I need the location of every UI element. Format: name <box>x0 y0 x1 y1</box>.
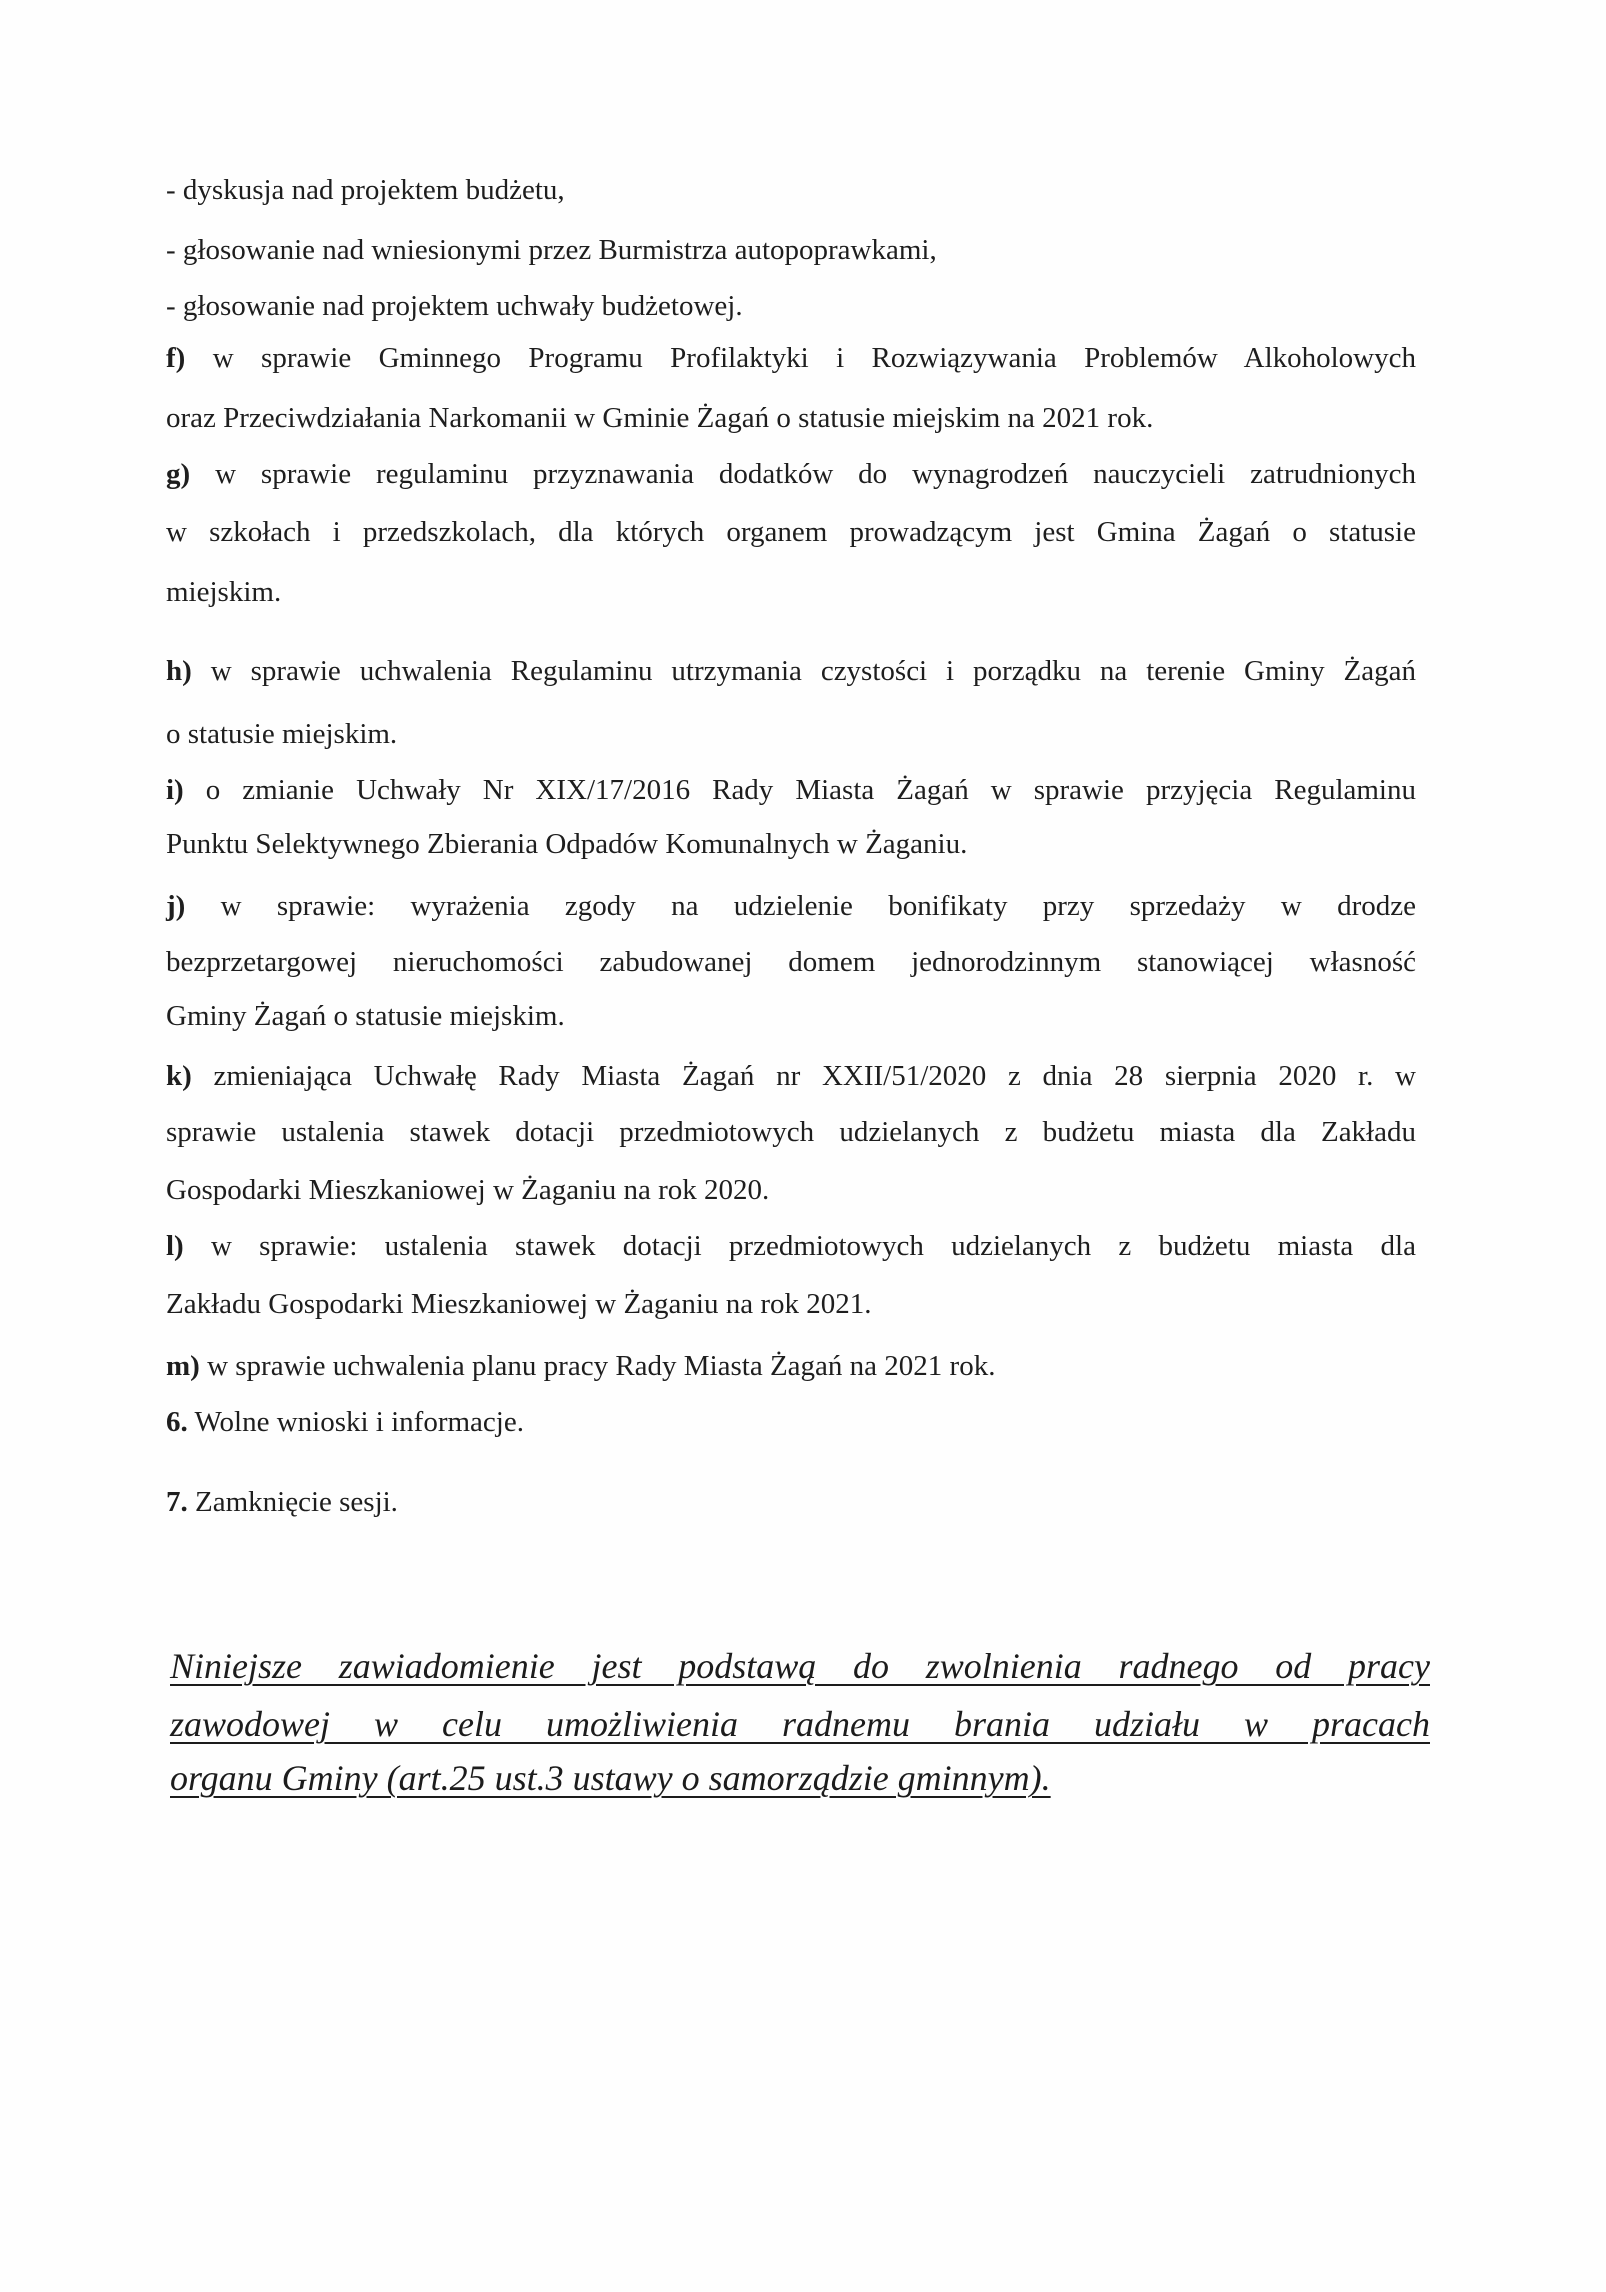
agenda-line: f) w sprawie Gminnego Programu Profilakt… <box>166 344 1416 373</box>
notice-line: Niniejsze zawiadomienie jest podstawą do… <box>170 1648 1430 1684</box>
agenda-item-text: - głosowanie nad projektem uchwały budże… <box>166 290 743 322</box>
agenda-line: w szkołach i przedszkolach, dla których … <box>166 518 1416 547</box>
agenda-item-text: w sprawie regulaminu przyznawania dodatk… <box>190 458 1416 490</box>
agenda-line: bezprzetargowej nieruchomości zabudowane… <box>166 948 1416 977</box>
agenda-line: - głosowanie nad wniesionymi przez Burmi… <box>166 236 937 265</box>
agenda-line: m) w sprawie uchwalenia planu pracy Rady… <box>166 1352 995 1381</box>
agenda-line: 6. Wolne wnioski i informacje. <box>166 1408 524 1437</box>
agenda-item-text: Wolne wnioski i informacje. <box>188 1406 524 1438</box>
notice-line: zawodowej w celu umożliwienia radnemu br… <box>170 1706 1430 1742</box>
agenda-item-text: sprawie ustalenia stawek dotacji przedmi… <box>166 1116 1416 1148</box>
agenda-item-text: w sprawie Gminnego Programu Profilaktyki… <box>185 342 1416 374</box>
agenda-line: sprawie ustalenia stawek dotacji przedmi… <box>166 1118 1416 1147</box>
agenda-item-label: i) <box>166 774 184 806</box>
agenda-item-text: w sprawie: ustalenia stawek dotacji prze… <box>184 1230 1416 1262</box>
agenda-item-text: Punktu Selektywnego Zbierania Odpadów Ko… <box>166 828 967 860</box>
agenda-item-text: Gminy Żagań o statusie miejskim. <box>166 1000 565 1032</box>
agenda-item-label: k) <box>166 1060 192 1092</box>
agenda-item-text: o statusie miejskim. <box>166 718 397 750</box>
agenda-item-label: 6. <box>166 1406 188 1438</box>
agenda-line: Punktu Selektywnego Zbierania Odpadów Ko… <box>166 830 967 859</box>
agenda-line: Gminy Żagań o statusie miejskim. <box>166 1002 565 1031</box>
agenda-item-text: bezprzetargowej nieruchomości zabudowane… <box>166 946 1416 978</box>
agenda-item-text: zmieniająca Uchwałę Rady Miasta Żagań nr… <box>192 1060 1416 1092</box>
agenda-item-text: w szkołach i przedszkolach, dla których … <box>166 516 1416 548</box>
notice-line: organu Gminy (art.25 ust.3 ustawy o samo… <box>170 1760 1051 1796</box>
agenda-line: - dyskusja nad projektem budżetu, <box>166 176 565 205</box>
agenda-item-text: w sprawie uchwalenia planu pracy Rady Mi… <box>200 1350 996 1382</box>
agenda-item-label: h) <box>166 655 192 687</box>
agenda-line: i) o zmianie Uchwały Nr XIX/17/2016 Rady… <box>166 776 1416 805</box>
agenda-line: 7. Zamknięcie sesji. <box>166 1488 398 1517</box>
agenda-line: - głosowanie nad projektem uchwały budże… <box>166 292 743 321</box>
agenda-item-label: f) <box>166 342 185 374</box>
agenda-line: o statusie miejskim. <box>166 720 397 749</box>
agenda-item-text: w sprawie uchwalenia Regulaminu utrzyman… <box>192 655 1416 687</box>
agenda-line: g) w sprawie regulaminu przyznawania dod… <box>166 460 1416 489</box>
agenda-item-text: Gospodarki Mieszkaniowej w Żaganiu na ro… <box>166 1174 769 1206</box>
agenda-line: Zakładu Gospodarki Mieszkaniowej w Żagan… <box>166 1290 872 1319</box>
agenda-item-label: m) <box>166 1350 200 1382</box>
agenda-line: Gospodarki Mieszkaniowej w Żaganiu na ro… <box>166 1176 769 1205</box>
agenda-item-text: o zmianie Uchwały Nr XIX/17/2016 Rady Mi… <box>184 774 1416 806</box>
agenda-item-text: Zakładu Gospodarki Mieszkaniowej w Żagan… <box>166 1288 872 1320</box>
agenda-line: k) zmieniająca Uchwałę Rady Miasta Żagań… <box>166 1062 1416 1091</box>
agenda-item-text: miejskim. <box>166 576 281 608</box>
agenda-item-text: - głosowanie nad wniesionymi przez Burmi… <box>166 234 937 266</box>
agenda-line: miejskim. <box>166 578 281 607</box>
agenda-line: oraz Przeciwdziałania Narkomanii w Gmini… <box>166 404 1153 433</box>
agenda-item-text: oraz Przeciwdziałania Narkomanii w Gmini… <box>166 402 1153 434</box>
agenda-line: h) w sprawie uchwalenia Regulaminu utrzy… <box>166 657 1416 686</box>
agenda-line: j) w sprawie: wyrażenia zgody na udziele… <box>166 892 1416 921</box>
agenda-item-label: l) <box>166 1230 184 1262</box>
agenda-item-text: w sprawie: wyrażenia zgody na udzielenie… <box>185 890 1416 922</box>
agenda-item-label: j) <box>166 890 185 922</box>
agenda-item-label: g) <box>166 458 190 490</box>
agenda-item-text: - dyskusja nad projektem budżetu, <box>166 174 565 206</box>
agenda-item-text: Zamknięcie sesji. <box>188 1486 398 1518</box>
agenda-line: l) w sprawie: ustalenia stawek dotacji p… <box>166 1232 1416 1261</box>
agenda-item-label: 7. <box>166 1486 188 1518</box>
document-page: - dyskusja nad projektem budżetu,- głoso… <box>0 0 1606 2292</box>
